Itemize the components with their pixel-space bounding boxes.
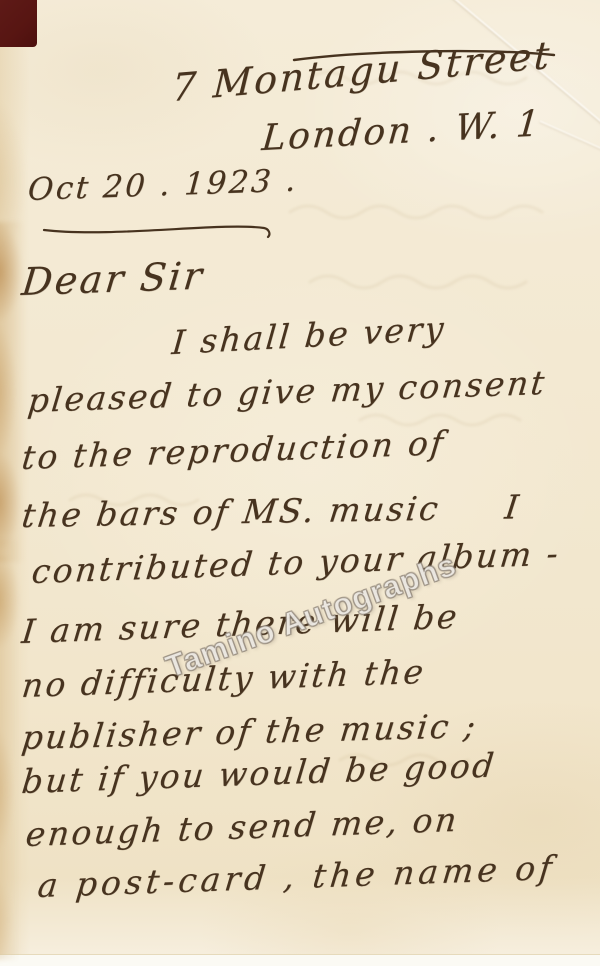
- salutation-line: Dear Sir: [20, 254, 207, 305]
- corner-stamp-mark: [0, 0, 37, 47]
- letter-scan: 7 Montagu Street London . W. 1 Oct 20 . …: [0, 0, 600, 966]
